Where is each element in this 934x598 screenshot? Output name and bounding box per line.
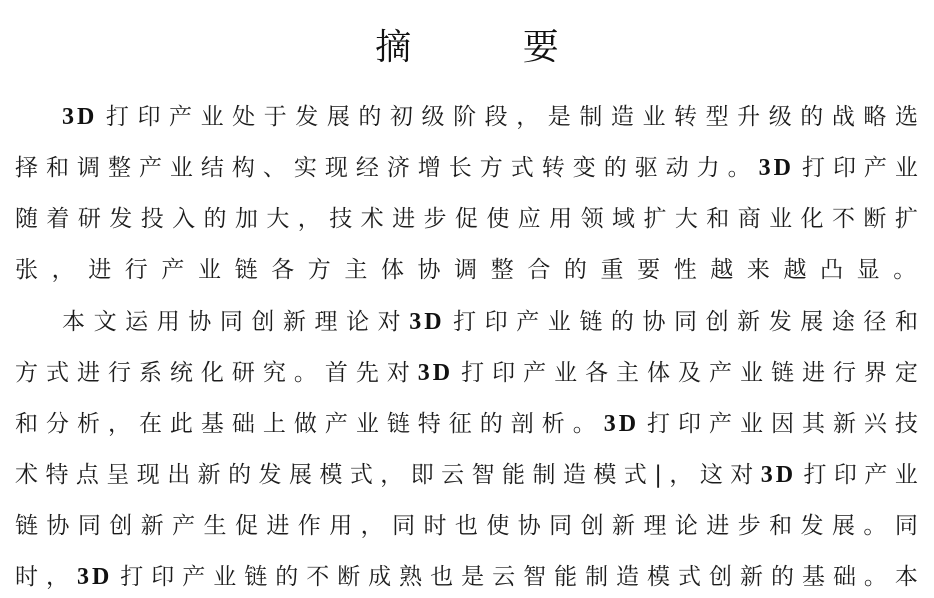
paragraph-2-line-4: 术特点呈现出新的发展模式，即云智能制造模式|，这对3D打印产业 (15, 455, 918, 495)
paragraph-1-line-4: 张，进行产业链各方主体协调整合的重要性越来越凸显。 (15, 250, 918, 290)
paragraph-1-line-3: 随着研发投入的加大，技术进步促使应用领域扩大和商业化不断扩 (15, 199, 918, 239)
paragraph-2-line-3: 和分析，在此基础上做产业链特征的剖析。3D打印产业因其新兴技 (15, 404, 918, 444)
paragraph-1-line-2: 择和调整产业结构、实现经济增长方式转变的驱动力。3D打印产业 (15, 148, 918, 188)
paragraph-2-line-5: 链协同创新产生促进作用，同时也使协同创新理论进步和发展。同 (15, 506, 918, 546)
paragraph-2-line-2: 方式进行系统化研究。首先对3D打印产业各主体及产业链进行界定 (15, 353, 918, 393)
paragraph-2-line-6: 时，3D打印产业链的不断成熟也是云智能制造模式创新的基础。本 (15, 557, 918, 597)
paragraph-1-line-1: 3D打印产业处于发展的初级阶段，是制造业转型升级的战略选 (62, 97, 918, 137)
document-page: 摘 要 3D打印产业处于发展的初级阶段，是制造业转型升级的战略选择和调整产业结构… (0, 0, 934, 598)
abstract-title: 摘 要 (0, 24, 934, 72)
paragraph-2-line-1: 本文运用协同创新理论对3D打印产业链的协同创新发展途径和 (62, 302, 918, 342)
